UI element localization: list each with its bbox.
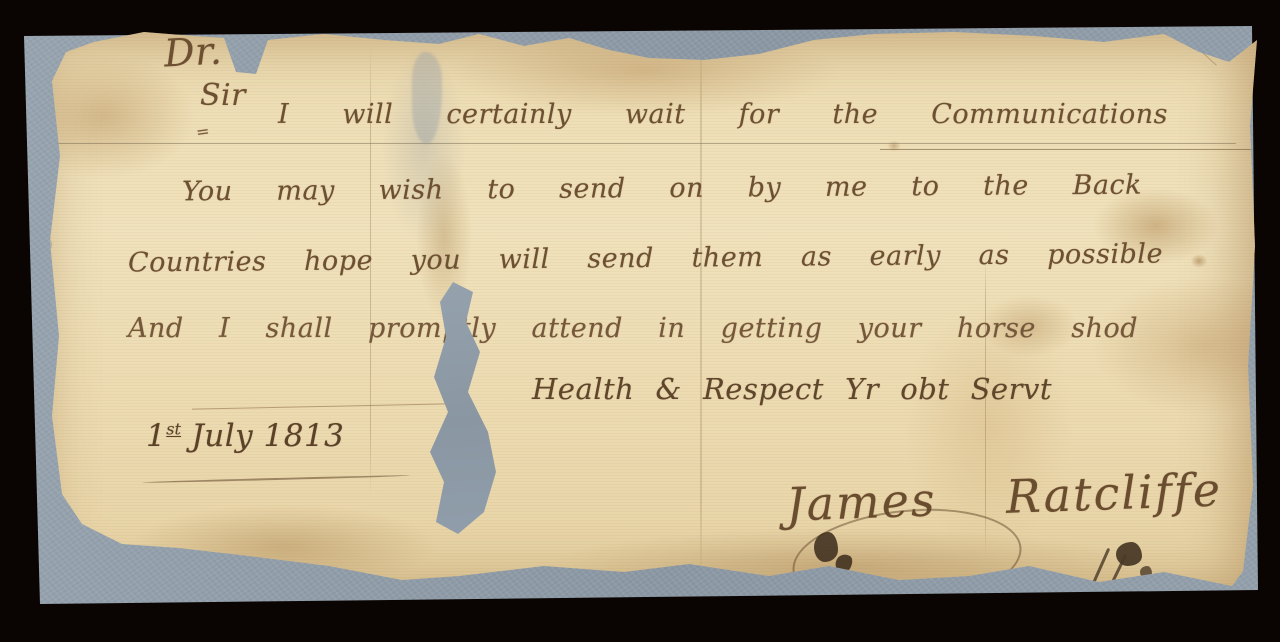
date-line: 1st July 1813 [146,418,344,454]
underline-communications [880,149,1252,150]
ink-stroke [1085,548,1111,600]
letter-line-2: You may wish to send on by me to the Bac… [182,171,1142,207]
letter-page: Dr. Sir = I will certainly wait for the … [24,26,1257,602]
pen-mark: = [195,121,211,142]
photo-background: Dr. Sir = I will certainly wait for the … [0,0,1280,642]
date-day: 1 [146,418,166,454]
letter-line-3: Countries hope you will send them as ear… [128,239,1163,278]
salutation: Sir [200,78,246,113]
date-rest: July 1813 [181,418,344,454]
date-ordinal: st [166,420,181,439]
scored-rule-line [44,143,1236,144]
letter-line-4: And I shall promptly attend in getting y… [128,314,1138,344]
pen-rule [192,403,447,409]
letter-closing: Health & Respect Yr obt Servt [532,374,1052,406]
ink-blot [814,532,838,562]
blue-smudge [412,52,442,144]
